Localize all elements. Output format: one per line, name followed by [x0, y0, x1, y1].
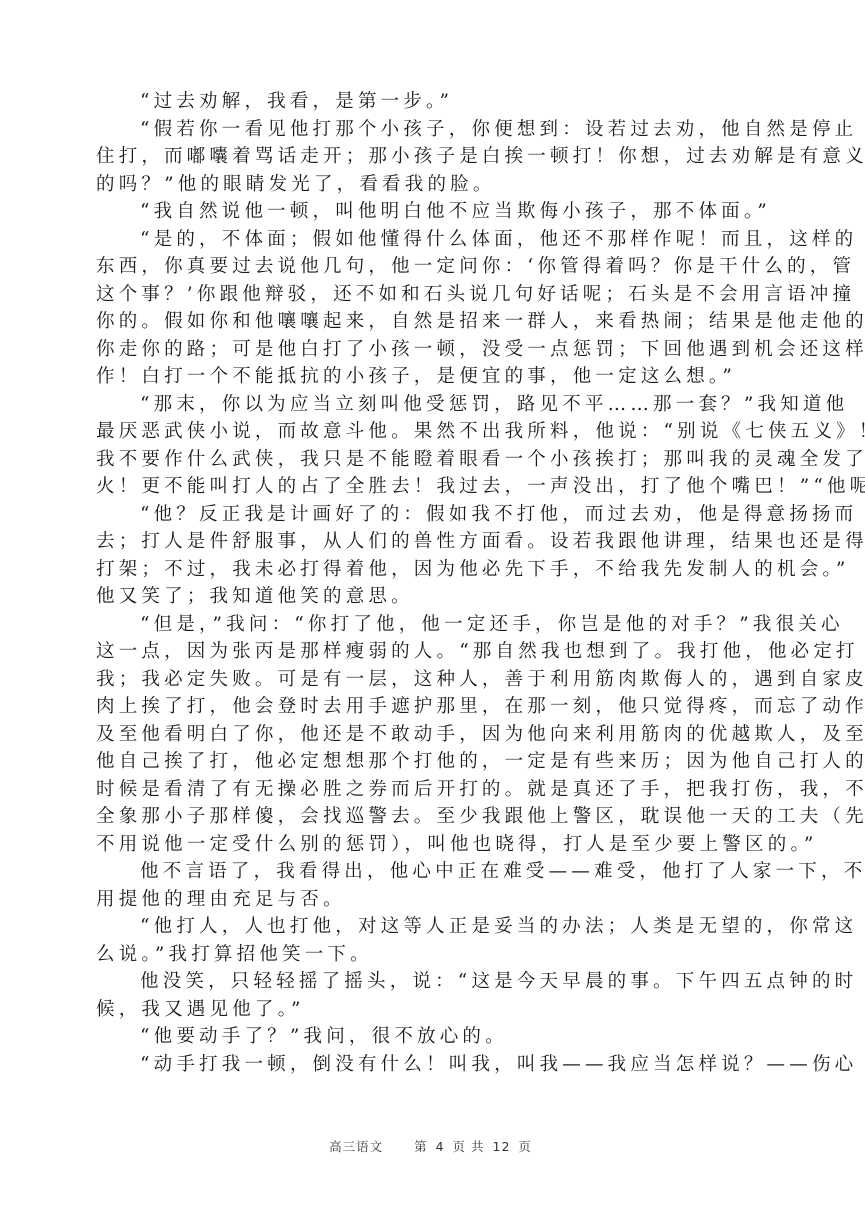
text-line: 最厌恶武侠小说，而故意斗他。果然不出我所料，他说：“别说《七侠五义》！: [96, 418, 772, 446]
text-line: 肉上挨了打，他会登时去用手遮护那里，在那一刻，他只觉得疼，而忘了动作。: [96, 693, 772, 721]
text-line: 东西，你真要过去说他几句，他一定问你：‘你管得着吗？你是干什么的，管: [96, 253, 772, 281]
text-line: “他要动手了？”我问，很不放心的。: [96, 1023, 772, 1051]
page-mid: 页 共: [453, 1139, 485, 1154]
text-line: 这一点，因为张丙是那样瘦弱的人。“那自然我也想到了。我打他，他必定打: [96, 638, 772, 666]
text-line: 时候是看清了有无操必胜之券而后开打的。就是真还了手，把我打伤，我，不: [96, 776, 772, 804]
text-line: 用提他的理由充足与否。: [96, 886, 772, 914]
page-suffix: 页: [518, 1139, 532, 1154]
text-line: 他没笑，只轻轻摇了摇头，说：“这是今天早晨的事。下午四五点钟的时: [96, 968, 772, 996]
text-line: 不用说他一定受什么别的惩罚），叫他也晓得，打人是至少要上警区的。”: [96, 831, 772, 859]
text-line: 我不要作什么武侠，我只是不能瞪着眼看一个小孩挨打；那叫我的灵魂全发了: [96, 446, 772, 474]
text-line: 这个事？’你跟他辩驳，还不如和石头说几句好话呢；石头是不会用言语冲撞: [96, 281, 772, 309]
course-label: 高三语文: [329, 1139, 383, 1154]
text-line: 我；我必定失败。可是有一层，这种人，善于利用筋肉欺侮人的，遇到自家皮: [96, 666, 772, 694]
text-line: “动手打我一顿，倒没有什么！叫我，叫我——我应当怎样说？——伤心: [96, 1051, 772, 1079]
text-line: “他打人，人也打他，对这等人正是妥当的办法；人类是无望的，你常这: [96, 913, 772, 941]
text-line: “过去劝解，我看，是第一步。”: [96, 88, 772, 116]
text-line: 你走你的路；可是他白打了小孩一顿，没受一点惩罚；下回他遇到机会还这样: [96, 336, 772, 364]
text-line: 火！更不能叫打人的占了全胜去！我过去，一声没出，打了他个嘴巴！”“他呢？”: [96, 473, 772, 501]
text-line: “但是，”我问：“你打了他，他一定还手，你岂是他的对手？”我很关心: [96, 611, 772, 639]
text-line: 的吗？”他的眼睛发光了，看看我的脸。: [96, 171, 772, 199]
text-line: 去；打人是件舒服事，从人们的兽性方面看。设若我跟他讲理，结果也还是得: [96, 528, 772, 556]
text-line: “他？反正我是计画好了的：假如我不打他，而过去劝，他是得意扬扬而: [96, 501, 772, 529]
text-line: “我自然说他一顿，叫他明白他不应当欺侮小孩子，那不体面。”: [96, 198, 772, 226]
text-line: 住打，而嘟囔着骂话走开；那小孩子是白挨一顿打！你想，过去劝解是有意义: [96, 143, 772, 171]
text-line: 作！白打一个不能抵抗的小孩子，是便宜的事，他一定这么想。”: [96, 363, 772, 391]
text-line: 你的。假如你和他嚷嚷起来，自然是招来一群人，来看热闹；结果是他走他的，: [96, 308, 772, 336]
text-line: 打架；不过，我未必打得着他，因为他必先下手，不给我先发制人的机会。”: [96, 556, 772, 584]
page-number: 4: [436, 1139, 445, 1154]
page-footer: 高三语文 第4页 共12页: [0, 1137, 865, 1155]
text-line: “是的，不体面；假如他懂得什么体面，他还不那样作呢！而且，这样的: [96, 226, 772, 254]
text-line: “那末，你以为应当立刻叫他受惩罚，路见不平……那一套？”我知道他: [96, 391, 772, 419]
text-line: 候，我又遇见他了。”: [96, 996, 772, 1024]
text-line: 他又笑了；我知道他笑的意思。: [96, 583, 772, 611]
total-pages: 12: [493, 1139, 511, 1154]
page-indicator: 第4页 共12页: [410, 1139, 536, 1154]
text-line: 及至他看明白了你，他还是不敢动手，因为他向来利用筋肉的优越欺人，及至: [96, 721, 772, 749]
document-body: “过去劝解，我看，是第一步。”“假若你一看见他打那个小孩子，你便想到：设若过去劝…: [96, 88, 772, 1078]
text-line: 么说。”我打算招他笑一下。: [96, 941, 772, 969]
page-prefix: 第: [414, 1139, 428, 1154]
text-line: “假若你一看见他打那个小孩子，你便想到：设若过去劝，他自然是停止: [96, 116, 772, 144]
text-line: 全象那小子那样傻，会找巡警去。至少我跟他上警区，耽误他一天的工夫（先: [96, 803, 772, 831]
text-line: 他自己挨了打，他必定想想那个打他的，一定是有些来历；因为他自己打人的: [96, 748, 772, 776]
text-line: 他不言语了，我看得出，他心中正在难受——难受，他打了人家一下，不: [96, 858, 772, 886]
